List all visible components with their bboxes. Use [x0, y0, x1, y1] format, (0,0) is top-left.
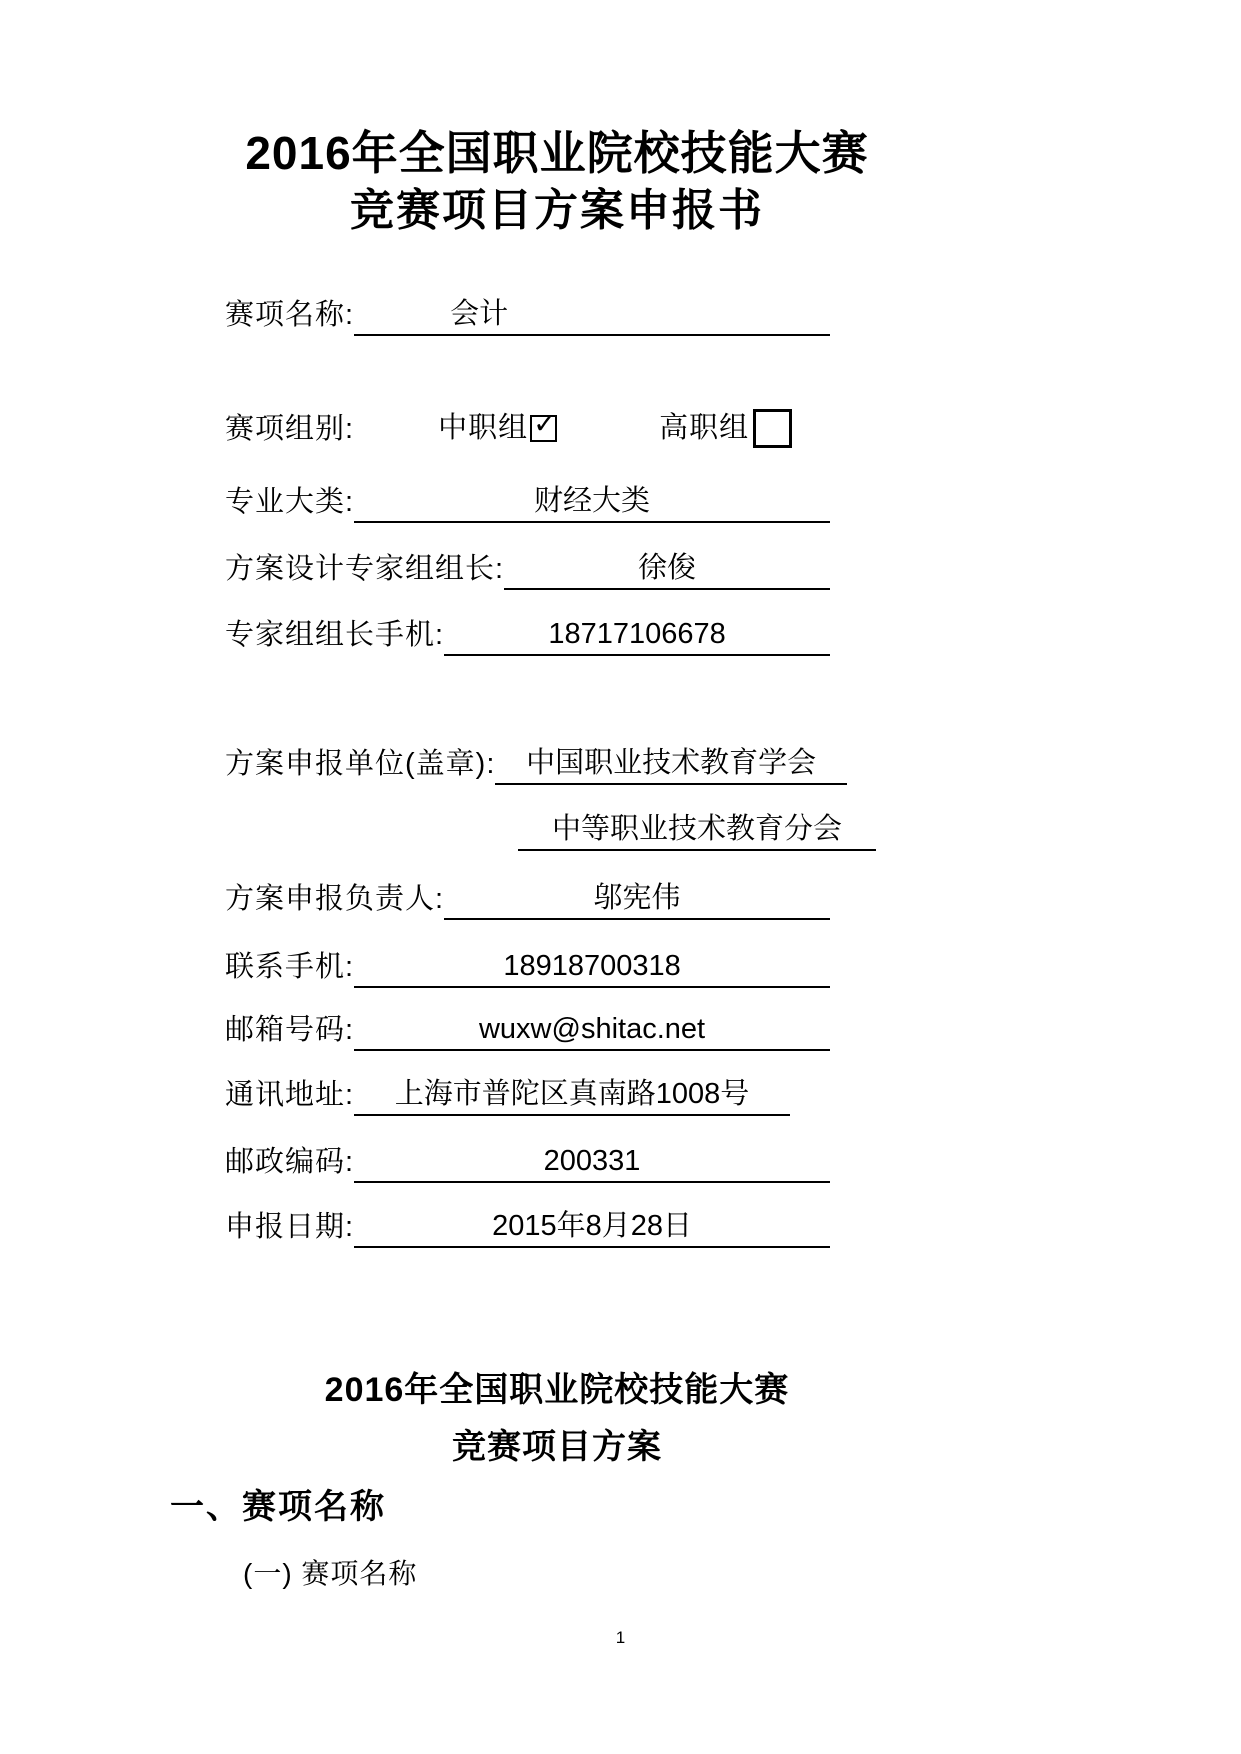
- field-event-name: 赛项名称: 会计: [225, 292, 830, 336]
- field-value: 2015年8月28日: [492, 1210, 692, 1242]
- field-value: 邬宪伟: [594, 882, 681, 914]
- field-applicant-unit: 方案申报单位(盖章): 中国职业技术教育学会: [225, 741, 847, 785]
- field-label: 通讯地址:: [225, 1072, 354, 1116]
- field-label: 赛项组别:: [225, 406, 354, 450]
- document-title: 2016年全国职业院校技能大赛 竞赛项目方案申报书: [112, 0, 1002, 240]
- field-applicant-unit-line2: 中等职业技术教育分会: [225, 807, 1169, 851]
- field-email: 邮箱号码: wuxw@shitac.net: [225, 1007, 830, 1051]
- field-value: 200331: [544, 1145, 641, 1177]
- field-underline: 中国职业技术教育学会: [495, 741, 847, 785]
- page-number: 1: [0, 1628, 1241, 1648]
- document-page: 2016年全国职业院校技能大赛 竞赛项目方案申报书 赛项名称: 会计 赛项组别:…: [0, 0, 1241, 1754]
- application-form: 赛项名称: 会计 赛项组别: 中职组 ✓ 高职组 专业大类: 财经大类 方案设计…: [225, 292, 1241, 1248]
- field-value: 会计: [450, 298, 508, 330]
- secondary-vocational-checkbox[interactable]: ✓: [530, 415, 557, 442]
- field-underline: wuxw@shitac.net: [354, 1007, 830, 1051]
- field-underline: 上海市普陀区真南路1008号: [354, 1072, 790, 1116]
- field-label: 方案设计专家组组长:: [225, 546, 504, 590]
- field-value: wuxw@shitac.net: [479, 1013, 705, 1045]
- option-label: 高职组: [659, 405, 749, 451]
- field-expert-leader-phone: 专家组组长手机: 18717106678: [225, 612, 830, 656]
- field-underline: 会计: [354, 292, 830, 336]
- section-title-line1: 2016年全国职业院校技能大赛: [112, 1362, 1002, 1419]
- field-postal-code: 邮政编码: 200331: [225, 1139, 830, 1183]
- field-underline: 18717106678: [444, 612, 830, 656]
- field-applicant-person: 方案申报负责人: 邬宪伟: [225, 876, 830, 920]
- field-label: 专家组组长手机:: [225, 612, 444, 656]
- field-value: 徐俊: [638, 552, 696, 584]
- field-label: 赛项名称:: [225, 292, 354, 336]
- field-expert-group-leader: 方案设计专家组组长: 徐俊: [225, 546, 830, 590]
- field-value: 中等职业技术教育分会: [552, 813, 842, 845]
- field-label: 方案申报单位(盖章):: [225, 741, 495, 785]
- field-underline: 邬宪伟: [444, 876, 830, 920]
- field-event-group: 赛项组别: 中职组 ✓ 高职组: [225, 406, 830, 450]
- field-label: 邮箱号码:: [225, 1007, 354, 1051]
- field-value: 18918700318: [503, 950, 680, 982]
- field-underline: 中等职业技术教育分会: [518, 807, 876, 851]
- document-title-line2: 竞赛项目方案申报书: [112, 182, 1002, 240]
- section-heading: 一、赛项名称: [170, 1484, 1241, 1530]
- field-application-date: 申报日期: 2015年8月28日: [225, 1204, 830, 1248]
- field-label: 申报日期:: [225, 1204, 354, 1248]
- option-higher-vocational: 高职组: [659, 406, 792, 450]
- field-underline: 200331: [354, 1139, 830, 1183]
- field-contact-phone: 联系手机: 18918700318: [225, 944, 830, 988]
- field-underline: 2015年8月28日: [354, 1204, 830, 1248]
- section-subheading: (一) 赛项名称: [243, 1556, 1241, 1592]
- field-value: 上海市普陀区真南路1008号: [395, 1078, 750, 1110]
- field-underline: 财经大类: [354, 479, 830, 523]
- field-underline: 徐俊: [504, 546, 830, 590]
- section-title: 2016年全国职业院校技能大赛 竞赛项目方案: [112, 1362, 1002, 1476]
- field-major-category: 专业大类: 财经大类: [225, 479, 830, 523]
- field-label: 邮政编码:: [225, 1139, 354, 1183]
- check-icon: ✓: [533, 410, 557, 438]
- section-title-line2: 竞赛项目方案: [112, 1419, 1002, 1476]
- field-value: 财经大类: [534, 485, 650, 517]
- field-underline: 18918700318: [354, 944, 830, 988]
- higher-vocational-checkbox[interactable]: [753, 409, 792, 448]
- field-value: 中国职业技术教育学会: [526, 747, 816, 779]
- document-title-line1: 2016年全国职业院校技能大赛: [112, 124, 1002, 182]
- field-label: 联系手机:: [225, 944, 354, 988]
- field-label: 专业大类:: [225, 479, 354, 523]
- option-secondary-vocational: 中职组 ✓: [438, 406, 557, 450]
- field-label: 方案申报负责人:: [225, 876, 444, 920]
- field-value: 18717106678: [548, 618, 725, 650]
- option-label: 中职组: [438, 405, 528, 451]
- field-address: 通讯地址: 上海市普陀区真南路1008号: [225, 1072, 790, 1116]
